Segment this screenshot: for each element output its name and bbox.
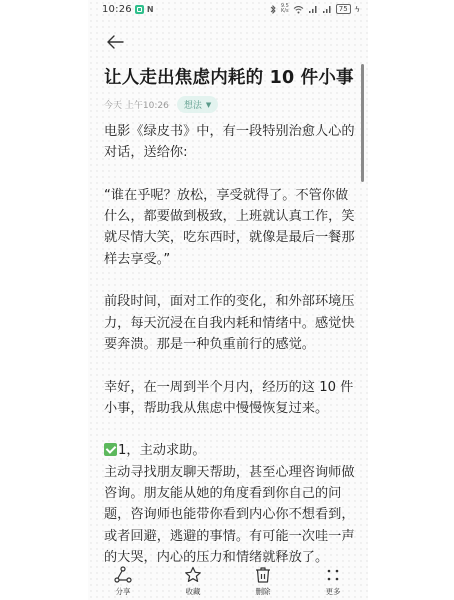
app-notification-icon [135,5,144,14]
arrow-left-icon [106,35,124,49]
section-heading: 1，主动求助。 [104,440,356,461]
favorite-label: 收藏 [186,586,201,597]
wifi-icon [293,5,304,14]
more-label: 更多 [326,586,341,597]
more-button[interactable]: 更多 [303,566,363,597]
delete-label: 删除 [256,586,271,597]
share-button[interactable]: 分享 [93,566,153,597]
back-button[interactable] [104,32,126,52]
paragraph-quote: “谁在乎呢？放松，享受就得了。不管你做什么，都要做到极致，上班就认真工作，笑就尽… [104,185,356,270]
more-icon [324,566,342,584]
status-right: 9.5K/s 75 ϟ [270,4,360,14]
star-icon [184,566,202,584]
section-body: 主动寻找朋友聊天帮助，甚至心理咨询师做咨询。朋友能从她的角度看到你自己的问题，咨… [104,462,356,568]
trash-icon [254,566,272,584]
note-body[interactable]: 电影《绿皮书》中，有一段特别治愈人心的对话，送给你: “谁在乎呢？放松，享受就得… [104,121,356,590]
data-speed-icon: 9.5K/s [281,4,289,14]
check-mark-icon [104,443,117,456]
delete-button[interactable]: 删除 [233,566,293,597]
paragraph: 电影《绿皮书》中，有一段特别治愈人心的对话，送给你: [104,121,356,164]
scrollbar[interactable] [361,64,364,182]
share-label: 分享 [116,586,131,597]
phone-screen: 10:26 N 9.5K/s 75 ϟ 让人走出焦虑内耗的 10 件小事 今天 … [88,0,368,600]
battery-icon: 75 [336,4,351,14]
category-tag-label: 想法 [184,98,202,111]
status-bar: 10:26 N 9.5K/s 75 ϟ [88,0,368,20]
category-tag-dropdown[interactable]: 想法 ▼ [177,96,218,113]
bottom-toolbar: 分享 收藏 删除 更多 [88,566,368,600]
favorite-button[interactable]: 收藏 [163,566,223,597]
share-icon [114,566,132,584]
section-heading-text: 1，主动求助。 [118,443,206,458]
status-time: 10:26 [102,4,132,15]
note-timestamp: 今天 上午10:26 [104,98,169,111]
nfc-icon: N [147,5,154,14]
signal-1-icon [308,5,318,14]
status-left: 10:26 N [102,4,154,15]
note-meta: 今天 上午10:26 想法 ▼ [104,96,218,113]
caret-down-icon: ▼ [206,101,211,109]
paragraph: 幸好，在一周到半个月内，经历的这 10 件小事，帮助我从焦虑中慢慢恢复过来。 [104,377,356,420]
paragraph: 前段时间，面对工作的变化，和外部环境压力，每天沉浸在自我内耗和情绪中。感觉快要奔… [104,291,356,355]
note-title: 让人走出焦虑内耗的 10 件小事 [104,64,354,89]
signal-2-icon [322,5,332,14]
charging-icon: ϟ [355,5,360,14]
bluetooth-icon [270,5,277,14]
